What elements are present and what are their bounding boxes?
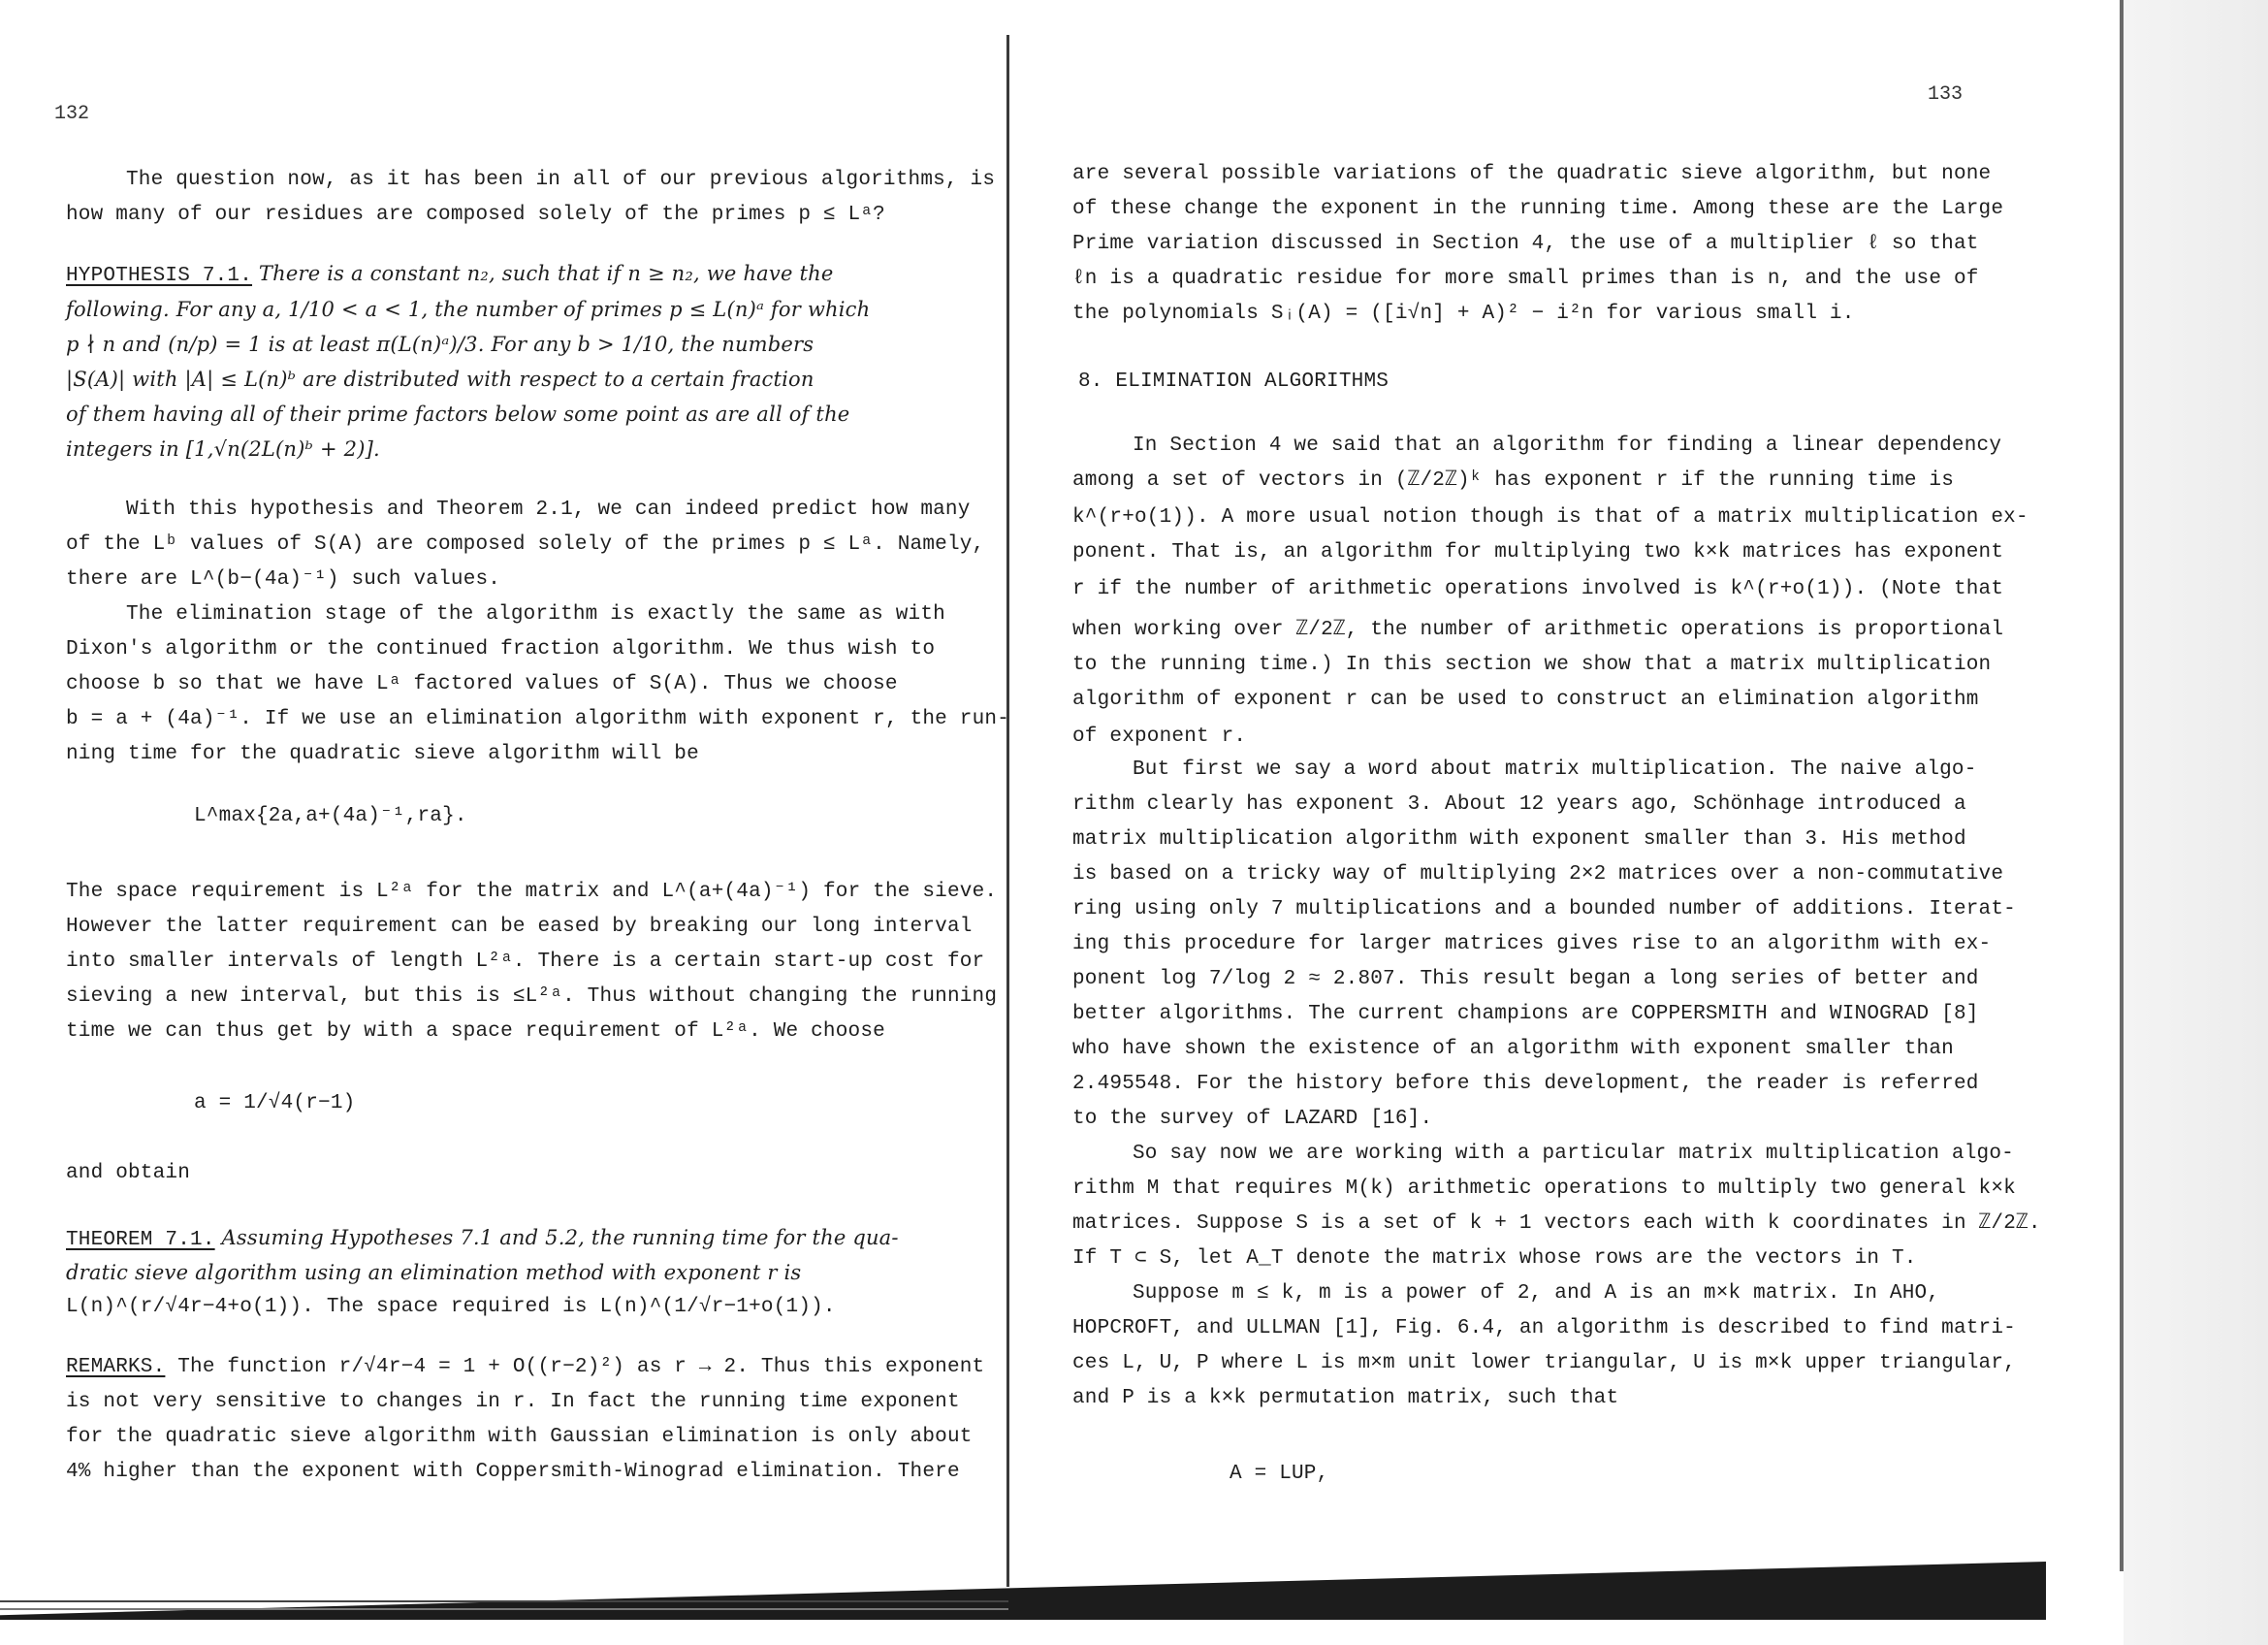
text-line: Suppose m ≤ k, m is a power of 2, and A … [1072, 1280, 1939, 1307]
text-line: If T ⊂ S, let A_T denote the matrix whos… [1072, 1245, 1917, 1273]
text-line: Prime variation discussed in Section 4, … [1072, 231, 1979, 258]
text-line: time we can thus get by with a space req… [66, 1018, 885, 1046]
text-line: HOPCROFT, and ULLMAN [1], Fig. 6.4, an a… [1072, 1315, 2016, 1342]
text-line: when working over ℤ/2ℤ, the number of ar… [1072, 617, 2003, 644]
text-line: choose b so that we have Lᵃ factored val… [66, 671, 898, 698]
text-line: ℓn is a quadratic residue for more small… [1072, 266, 1979, 293]
text-line: But first we say a word about matrix mul… [1072, 757, 1977, 784]
formula-lup: A = LUP, [1230, 1461, 1328, 1488]
text-line: b = a + (4a)⁻¹. If we use an elimination… [66, 706, 1009, 733]
scan-margin [2124, 0, 2268, 1645]
text-line: ponent. That is, an algorithm for multip… [1072, 539, 2003, 566]
text-line: of them having all of their prime factor… [66, 401, 849, 428]
text-line: of the Lᵇ values of S(A) are composed so… [66, 532, 984, 559]
text-line: |S(A)| with |A| ≤ L(n)ᵇ are distributed … [66, 366, 815, 393]
text-line: The space requirement is L²ᵃ for the mat… [66, 879, 997, 906]
text-line: The elimination stage of the algorithm i… [66, 601, 945, 629]
text-line: are several possible variations of the q… [1072, 161, 1991, 188]
text-line: into smaller intervals of length L²ᵃ. Th… [66, 949, 984, 976]
text-line: rithm M that requires M(k) arithmetic op… [1072, 1176, 2016, 1203]
text-line: following. For any a, 1/10 < a < 1, the … [66, 296, 870, 323]
text-line: k^(r+o(1)). A more usual notion though i… [1072, 504, 2028, 532]
text-line: who have shown the existence of an algor… [1072, 1036, 1954, 1063]
section-heading: 8. ELIMINATION ALGORITHMS [1078, 369, 1389, 396]
remarks-label: REMARKS. [66, 1356, 165, 1378]
theorem-label: THEOREM 7.1. [66, 1229, 215, 1251]
page-number: 132 [54, 103, 89, 125]
text-line: how many of our residues are composed so… [66, 202, 885, 229]
text-line: L(n)^(r/√4r−4+o(1)). The space required … [66, 1294, 836, 1321]
text-line: dratic sieve algorithm using an eliminat… [66, 1259, 801, 1286]
text-line: However the latter requirement can be ea… [66, 914, 973, 941]
hypothesis-7-1: HYPOTHESIS 7.1. There is a constant n₂, … [66, 260, 833, 290]
text-line: among a set of vectors in (ℤ/2ℤ)ᵏ has ex… [1072, 468, 1954, 495]
text-line: algorithm of exponent r can be used to c… [1072, 687, 1979, 714]
remarks: REMARKS. The function r/√4r−4 = 1 + O((r… [66, 1354, 984, 1381]
text-line: integers in [1,√n(2L(n)ᵇ + 2)]. [66, 435, 380, 463]
formula-running-time: L^max{2a,a+(4a)⁻¹,ra}. [194, 803, 467, 830]
text-line: The question now, as it has been in all … [66, 167, 995, 194]
text-line: better algorithms. The current champions… [1072, 1001, 1979, 1028]
text-line: and obtain [66, 1160, 190, 1187]
theorem-7-1: THEOREM 7.1. Assuming Hypotheses 7.1 and… [66, 1224, 899, 1254]
page-number: 133 [1928, 83, 1963, 106]
text-line: Dixon's algorithm or the continued fract… [66, 636, 935, 663]
text-line: of exponent r. [1072, 724, 1246, 751]
text-line: and P is a k×k permutation matrix, such … [1072, 1385, 1618, 1412]
text-line: is based on a tricky way of multiplying … [1072, 861, 2003, 888]
text-line: 2.495548. For the history before this de… [1072, 1071, 1979, 1098]
text-line: 4% higher than the exponent with Coppers… [66, 1459, 960, 1486]
hypothesis-label: HYPOTHESIS 7.1. [66, 265, 252, 287]
text-line: is not very sensitive to changes in r. I… [66, 1389, 960, 1416]
text-line: With this hypothesis and Theorem 2.1, we… [66, 497, 971, 524]
left-page: 132 The question now, as it has been in … [0, 0, 1008, 1645]
text-line: ponent log 7/log 2 ≈ 2.807. This result … [1072, 966, 1979, 993]
text-line: ing this procedure for larger matrices g… [1072, 931, 1991, 958]
text-line: ring using only 7 multiplications and a … [1072, 896, 2016, 923]
text-line: to the running time.) In this section we… [1072, 652, 1991, 679]
text-line: there are L^(b−(4a)⁻¹) such values. [66, 566, 500, 594]
text-line: ning time for the quadratic sieve algori… [66, 741, 699, 768]
text-line: the polynomials Sᵢ(A) = ([i√n] + A)² − i… [1072, 301, 1855, 328]
text-line: p ∤ n and (n/p) = 1 is at least π(L(n)ᵃ)… [66, 331, 814, 358]
text-line: ces L, U, P where L is m×m unit lower tr… [1072, 1350, 2016, 1377]
text-line: to the survey of LAZARD [16]. [1072, 1106, 1432, 1133]
text-line: r if the number of arithmetic operations… [1072, 576, 2003, 603]
text-line: matrix multiplication algorithm with exp… [1072, 826, 1966, 854]
text-line: of these change the exponent in the runn… [1072, 196, 2003, 223]
text-line: In Section 4 we said that an algorithm f… [1072, 433, 2001, 460]
text-line: matrices. Suppose S is a set of k + 1 ve… [1072, 1210, 2041, 1238]
page-edge [2120, 0, 2124, 1571]
text-line: rithm clearly has exponent 3. About 12 y… [1072, 791, 1966, 819]
formula-a: a = 1/√4(r−1) [194, 1090, 355, 1117]
text-line: for the quadratic sieve algorithm with G… [66, 1424, 973, 1451]
text-line: So say now we are working with a particu… [1072, 1141, 2014, 1168]
text-line: sieving a new interval, but this is ≤L²ᵃ… [66, 984, 997, 1011]
